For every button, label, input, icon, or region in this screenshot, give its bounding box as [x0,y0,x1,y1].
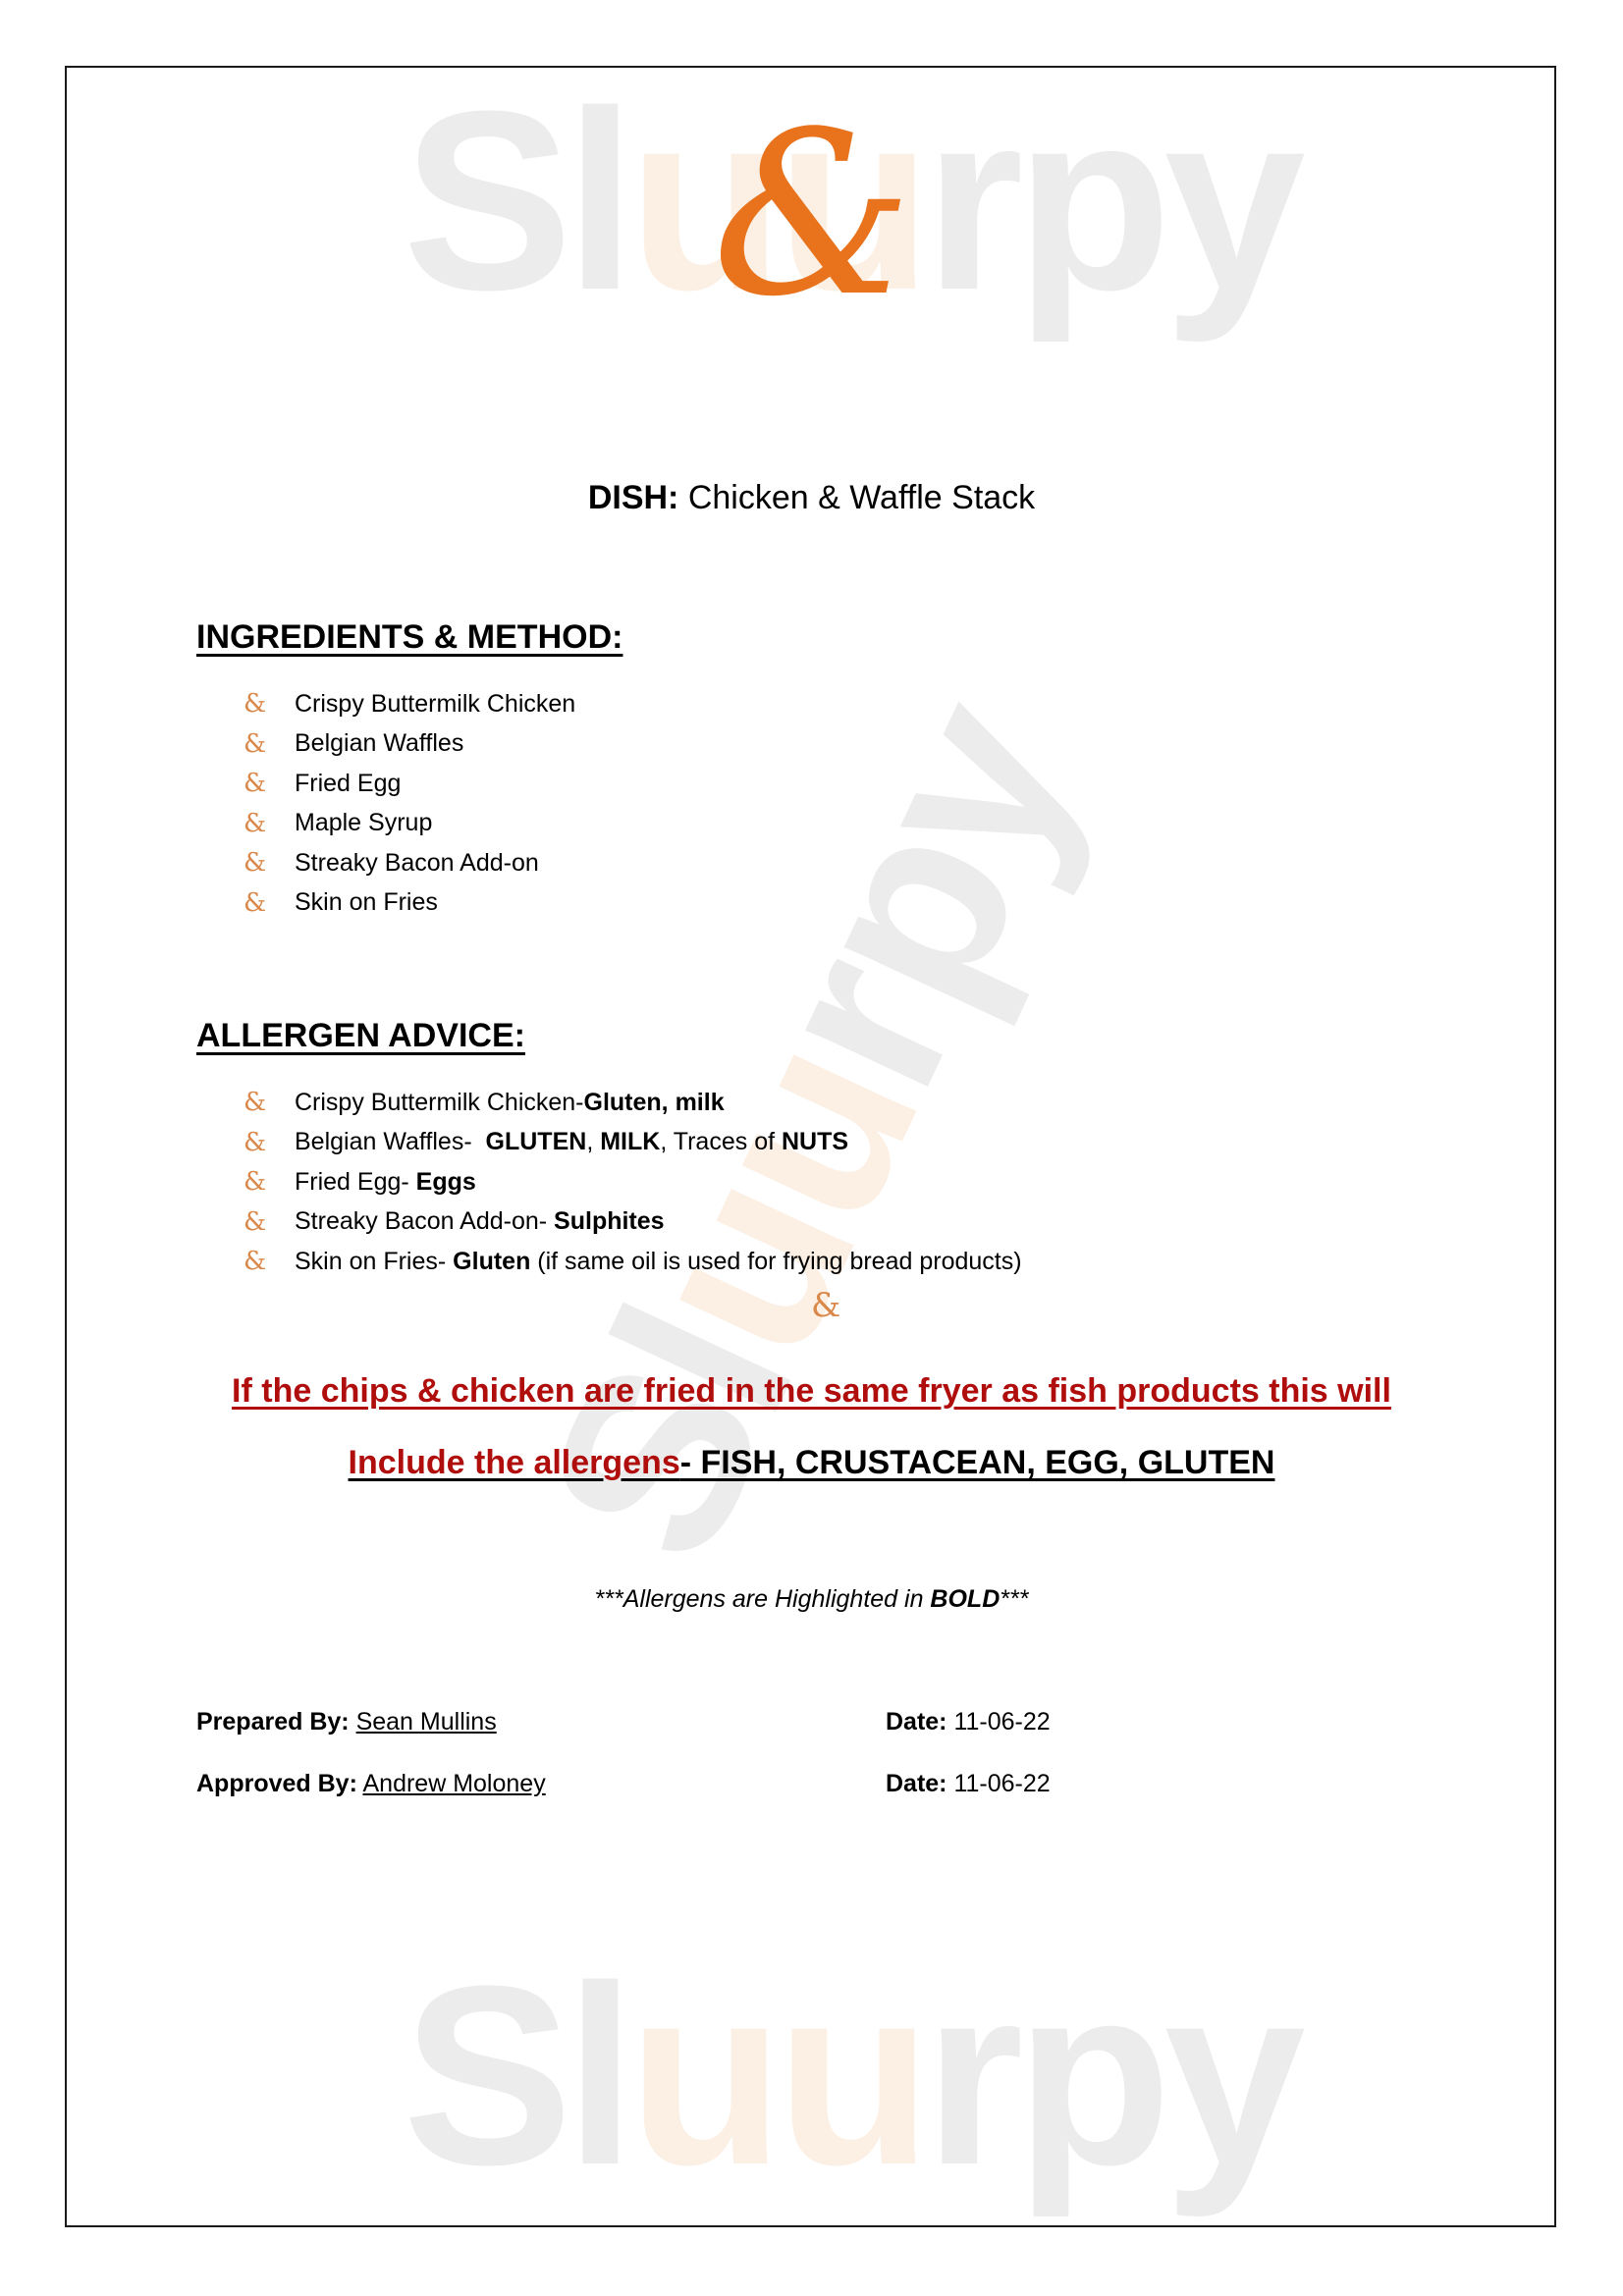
allergen-item-text: (if same oil is used for frying bread pr… [530,1248,1021,1276]
dish-title: DISH: Chicken & Waffle Stack [0,479,1623,517]
allergen-item-text: Crispy Buttermilk Chicken- [295,1089,584,1117]
allergen-heading: ALLERGEN ADVICE: [196,1017,525,1055]
note-bold: BOLD [930,1585,1000,1613]
ingredient-text: Skin on Fries [295,888,438,917]
list-item: &Maple Syrup [243,804,575,844]
ampersand-bullet-icon: & [243,729,295,759]
date-label: Date: [886,1770,947,1797]
allergen-bold: Gluten [453,1248,530,1276]
ingredient-text: Belgian Waffles [295,729,463,758]
date-value: 11-06-22 [947,1708,1051,1735]
fryer-warning-line-1: If the chips & chicken are fried in the … [0,1372,1623,1411]
ampersand-bullet-icon: & [243,809,295,838]
prepared-by: Prepared By: Sean Mullins [196,1708,497,1736]
list-item: &Skin on Fries [243,883,575,924]
approved-by-label: Approved By: [196,1770,357,1797]
allergen-bold: NUTS [782,1128,848,1156]
ingredient-text: Maple Syrup [295,809,432,837]
allergen-item-text: Fried Egg- [295,1168,416,1197]
ampersand-logo-icon: & [712,103,913,329]
list-item: &Crispy Buttermilk Chicken [243,684,575,724]
date-label: Date: [886,1708,947,1735]
ampersand-bullet-icon: & [243,1088,295,1117]
allergen-item-text: Belgian Waffles- [295,1128,486,1156]
ampersand-bullet-icon: & [243,1167,295,1197]
ingredients-heading: INGREDIENTS & METHOD: [196,618,622,657]
document-page: & DISH: Chicken & Waffle Stack INGREDIEN… [0,0,1623,2296]
ampersand-bullet-icon: & [243,769,295,798]
approved-by-name: Andrew Moloney [362,1770,545,1797]
ampersand-bullet-icon: & [243,888,295,918]
allergen-item-text: Streaky Bacon Add-on- [295,1207,554,1236]
ampersand-bullet-icon: & [243,1247,295,1276]
prepared-by-label: Prepared By: [196,1708,350,1735]
list-item: &Skin on Fries- Gluten (if same oil is u… [243,1242,1022,1282]
dish-name: Chicken & Waffle Stack [678,479,1035,516]
ampersand-bullet-icon: & [243,689,295,719]
prepared-date: Date: 11-06-22 [886,1708,1051,1736]
dish-label: DISH: [588,479,679,516]
allergen-bold: GLUTEN [486,1128,587,1156]
allergen-bold: MILK [600,1128,660,1156]
list-item: &Fried Egg [243,764,575,804]
prepared-by-name: Sean Mullins [356,1708,497,1735]
allergen-item-text: , [586,1128,600,1156]
date-value: 11-06-22 [947,1770,1051,1797]
bold-allergen-note: ***Allergens are Highlighted in BOLD*** [0,1585,1623,1614]
ampersand-bullet-icon: & [243,1207,295,1237]
allergen-item-text: , Traces of [660,1128,782,1156]
approved-by: Approved By: Andrew Moloney [196,1770,546,1798]
ampersand-bullet-icon: & [243,848,295,878]
warning-red-text: Include the allergens [349,1444,680,1481]
approved-date: Date: 11-06-22 [886,1770,1051,1798]
fryer-warning-line-2: Include the allergens- FISH, CRUSTACEAN,… [0,1444,1623,1482]
allergen-list: &Crispy Buttermilk Chicken- Gluten, milk… [243,1083,1022,1282]
ingredient-text: Streaky Bacon Add-on [295,849,539,878]
ingredient-text: Fried Egg [295,770,401,798]
warning-allergen-list: - FISH, CRUSTACEAN, EGG, GLUTEN [680,1444,1275,1481]
list-item: &Streaky Bacon Add-on [243,843,575,883]
list-item: &Belgian Waffles- GLUTEN, MILK, Traces o… [243,1123,1022,1163]
allergen-bold: Eggs [416,1168,476,1197]
list-item: &Streaky Bacon Add-on- Sulphites [243,1202,1022,1243]
allergen-item-text: Skin on Fries- [295,1248,453,1276]
list-item: &Belgian Waffles [243,724,575,765]
list-item: &Crispy Buttermilk Chicken- Gluten, milk [243,1083,1022,1123]
note-text: ***Allergens are Highlighted in [595,1585,931,1613]
list-item: &Fried Egg- Eggs [243,1162,1022,1202]
allergen-bold: Gluten, milk [584,1089,725,1117]
note-text: *** [1000,1585,1028,1613]
ingredients-list: &Crispy Buttermilk Chicken &Belgian Waff… [243,684,575,923]
allergen-bold: Sulphites [554,1207,665,1236]
ampersand-divider-icon: & [811,1286,840,1325]
ingredient-text: Crispy Buttermilk Chicken [295,690,575,719]
ampersand-bullet-icon: & [243,1128,295,1157]
